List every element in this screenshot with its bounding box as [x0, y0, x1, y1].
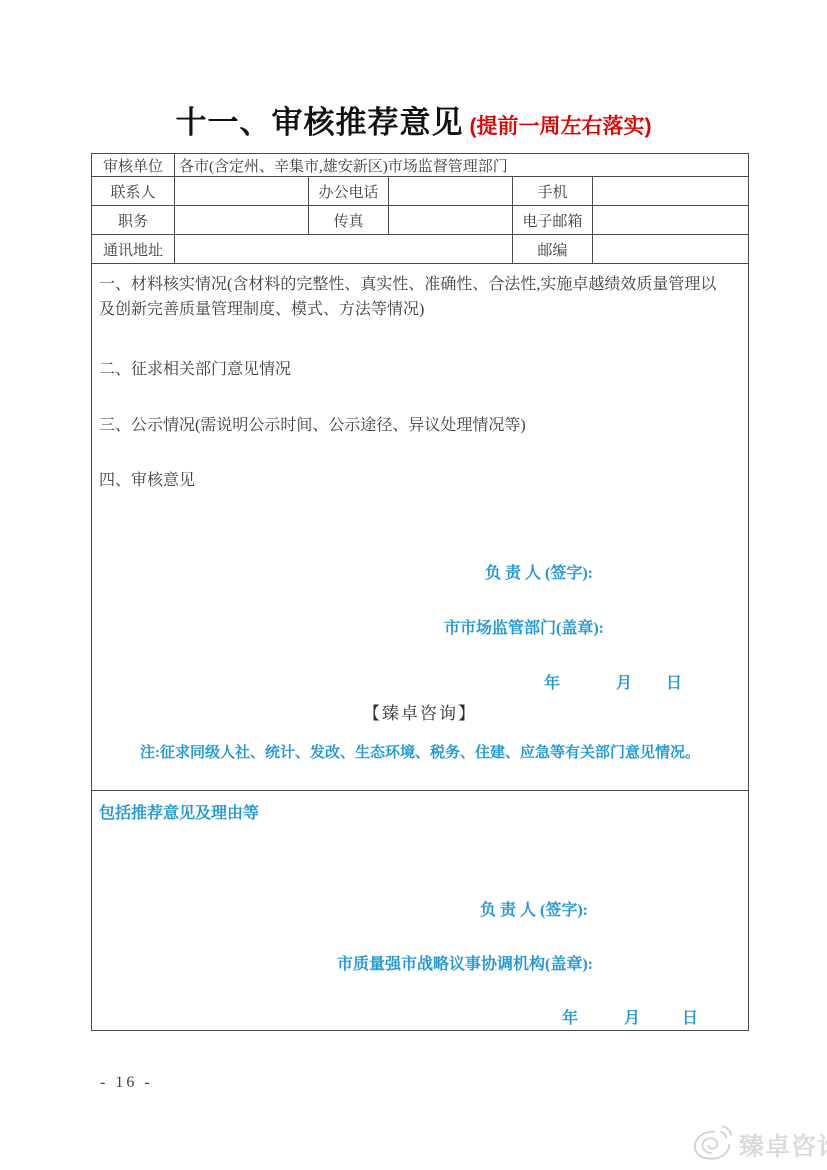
recommend-sign-org: 市质量强市战略议事协调机构(盖章):: [337, 951, 593, 974]
recommend-sign-person: 负 责 人 (签字):: [480, 897, 588, 920]
position-label: 职务: [92, 206, 175, 235]
review-item-publicity: 三、公示情况(需说明公示时间、公示途径、异议处理情况等): [99, 413, 731, 438]
date-day: 日: [666, 670, 682, 693]
review-form-table: 审核单位 各市(含定州、辛集市,雄安新区)市场监督管理部门 联系人 办公电话 手…: [91, 153, 749, 1031]
review-item-consult: 二、征求相关部门意见情况: [99, 357, 731, 382]
address-field: [175, 235, 513, 264]
watermark: 臻卓咨询: [690, 1122, 827, 1167]
review-item-materials: 一、材料核实情况(含材料的完整性、真实性、准确性、合法性,实施卓越绩效质量管理以…: [99, 272, 731, 322]
table-row: 一、材料核实情况(含材料的完整性、真实性、准确性、合法性,实施卓越绩效质量管理以…: [92, 264, 749, 791]
table-row: 包括推荐意见及理由等 负 责 人 (签字): 市质量强市战略议事协调机构(盖章)…: [92, 791, 749, 1031]
date-month: 月: [624, 1005, 640, 1028]
document-page: 十一、审核推荐意见(提前一周左右落实) 审核单位 各市(含定州、辛集市,雄安新区…: [0, 0, 827, 1170]
table-row: 通讯地址 邮编: [92, 235, 749, 264]
page-title: 十一、审核推荐意见(提前一周左右落实): [0, 97, 827, 142]
recommend-hint: 包括推荐意见及理由等: [99, 800, 259, 823]
page-number: - 16 -: [100, 1074, 153, 1092]
date-day: 日: [682, 1005, 698, 1028]
table-row: 联系人 办公电话 手机: [92, 177, 749, 206]
email-field: [593, 206, 749, 235]
office-phone-field: [389, 177, 513, 206]
table-row: 审核单位 各市(含定州、辛集市,雄安新区)市场监督管理部门: [92, 154, 749, 177]
review-section-cell: 一、材料核实情况(含材料的完整性、真实性、准确性、合法性,实施卓越绩效质量管理以…: [92, 264, 749, 791]
unit-value: 各市(含定州、辛集市,雄安新区)市场监督管理部门: [175, 154, 749, 177]
review-date-line: 年月日: [544, 670, 682, 693]
recommend-date-line: 年月日: [562, 1005, 698, 1028]
recommend-section-cell: 包括推荐意见及理由等 负 责 人 (签字): 市质量强市战略议事协调机构(盖章)…: [92, 791, 749, 1031]
brand-stamp-text: 【臻卓咨询】: [92, 699, 748, 724]
postcode-field: [593, 235, 749, 264]
review-item-opinion: 四、审核意见: [99, 468, 731, 493]
date-month: 月: [616, 670, 632, 693]
contact-field: [175, 177, 309, 206]
review-note: 注:征求同级人社、统计、发改、生态环境、税务、住建、应急等有关部门意见情况。: [92, 741, 748, 762]
table-row: 职务 传真 电子邮箱: [92, 206, 749, 235]
review-sign-dept: 市市场监管部门(盖章):: [444, 615, 604, 638]
email-label: 电子邮箱: [513, 206, 593, 235]
address-label: 通讯地址: [92, 235, 175, 264]
mobile-label: 手机: [513, 177, 593, 206]
fax-field: [389, 206, 513, 235]
office-phone-label: 办公电话: [309, 177, 389, 206]
date-year: 年: [544, 670, 560, 693]
title-deadline-note: (提前一周左右落实): [470, 115, 652, 138]
date-year: 年: [562, 1005, 578, 1028]
unit-label: 审核单位: [92, 154, 175, 177]
position-field: [175, 206, 309, 235]
watermark-text: 臻卓咨询: [739, 1127, 827, 1163]
weibo-eye-logo-icon: [690, 1122, 736, 1167]
mobile-field: [593, 177, 749, 206]
title-text: 十一、审核推荐意见: [176, 105, 464, 140]
postcode-label: 邮编: [513, 235, 593, 264]
contact-label: 联系人: [92, 177, 175, 206]
fax-label: 传真: [309, 206, 389, 235]
review-sign-person: 负 责 人 (签字):: [485, 560, 593, 583]
